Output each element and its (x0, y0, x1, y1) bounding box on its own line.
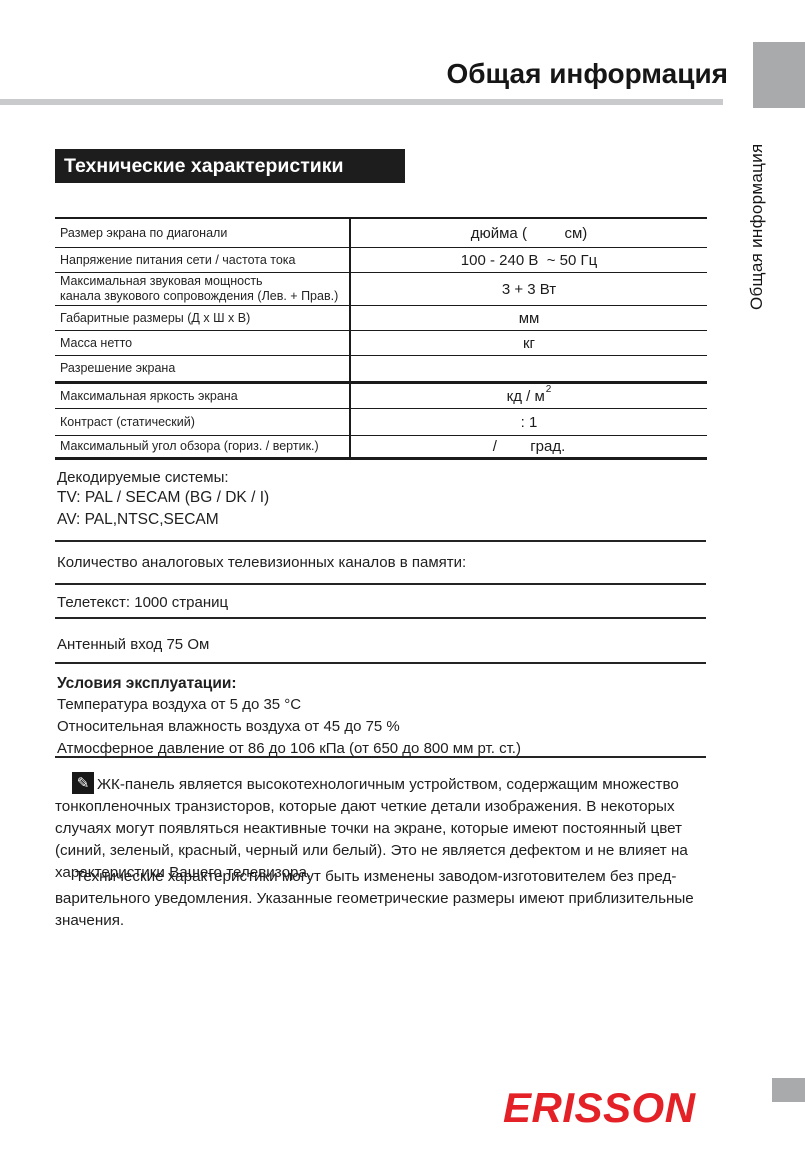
section-divider (55, 756, 706, 758)
header-divider (0, 99, 723, 105)
spec-label: Габаритные размеры (Д х Ш х В) (55, 306, 351, 330)
spec-label: Максимальный угол обзора (гориз. / верти… (55, 436, 351, 457)
spec-label: Контраст (статический) (55, 409, 351, 435)
spec-value: мм (351, 306, 707, 330)
superscript: 2 (546, 384, 552, 395)
spec-value: 100 - 240 В ~ 50 Гц (351, 248, 707, 272)
corner-tab-marker (772, 1078, 805, 1102)
spec-value: / град. (351, 436, 707, 457)
table-row: Масса нетто кг (55, 331, 707, 356)
spec-value (351, 356, 707, 381)
decoding-av-line: AV: PAL,NTSC,SECAM (57, 511, 219, 529)
spec-value: кд / м2 (351, 384, 707, 408)
condition-temperature: Температура воздуха от 5 до 35 °С (57, 696, 301, 713)
spec-label: Размер экрана по диагонали (55, 219, 351, 247)
table-row: Максимальная яркость экрана кд / м2 (55, 384, 707, 409)
table-row: Габаритные размеры (Д х Ш х В) мм (55, 306, 707, 331)
spec-value: дюйма ( см) (351, 219, 707, 247)
side-section-label: Общая информация (747, 118, 767, 310)
spec-value-text: кд / м (507, 388, 545, 405)
conditions-title: Условия эксплуатации: (57, 675, 237, 693)
spec-label: Напряжение питания сети / частота тока (55, 248, 351, 272)
section-divider (55, 583, 706, 585)
table-row: Напряжение питания сети / частота тока 1… (55, 248, 707, 273)
table-row: Контраст (статический) : 1 (55, 409, 707, 436)
antenna-line: Антенный вход 75 Ом (57, 636, 209, 653)
teletext-line: Телетекст: 1000 страниц (57, 594, 228, 611)
manual-page: Общая информация Общая информация Технич… (0, 0, 805, 1162)
channels-line: Количество аналоговых телевизионных кана… (57, 554, 466, 571)
spec-value: кг (351, 331, 707, 355)
decoding-tv-line: TV: PAL / SECAM (BG / DK / I) (57, 489, 269, 507)
spec-label: Максимальная яркость экрана (55, 384, 351, 408)
table-row: Размер экрана по диагонали дюйма ( см) (55, 219, 707, 248)
table-row: Максимальная звуковая мощность канала зв… (55, 273, 707, 306)
decoding-systems-title: Декодируемые системы: (57, 469, 229, 486)
spec-label: Разрешение экрана (55, 356, 351, 381)
section-title-banner: Технические характеристики (55, 149, 405, 183)
condition-pressure: Атмосферное давление от 86 до 106 кПа (о… (57, 740, 521, 757)
spec-label: Максимальная звуковая мощность канала зв… (55, 273, 351, 305)
table-row: Максимальный угол обзора (гориз. / верти… (55, 436, 707, 457)
spec-table: Размер экрана по диагонали дюйма ( см) Н… (55, 217, 707, 460)
section-divider (55, 617, 706, 619)
section-divider (55, 662, 706, 664)
side-tab-marker (753, 42, 805, 108)
note-paragraph-changes: Технические характеристики могут быть из… (55, 866, 750, 932)
spec-value: 3 + 3 Вт (351, 273, 707, 305)
section-divider (55, 540, 706, 542)
page-title: Общая информация (0, 58, 728, 90)
table-row: Разрешение экрана (55, 356, 707, 384)
spec-value: : 1 (351, 409, 707, 435)
brand-logo: ERISSON (503, 1084, 696, 1132)
condition-humidity: Относительная влажность воздуха от 45 до… (57, 718, 400, 735)
spec-label: Масса нетто (55, 331, 351, 355)
